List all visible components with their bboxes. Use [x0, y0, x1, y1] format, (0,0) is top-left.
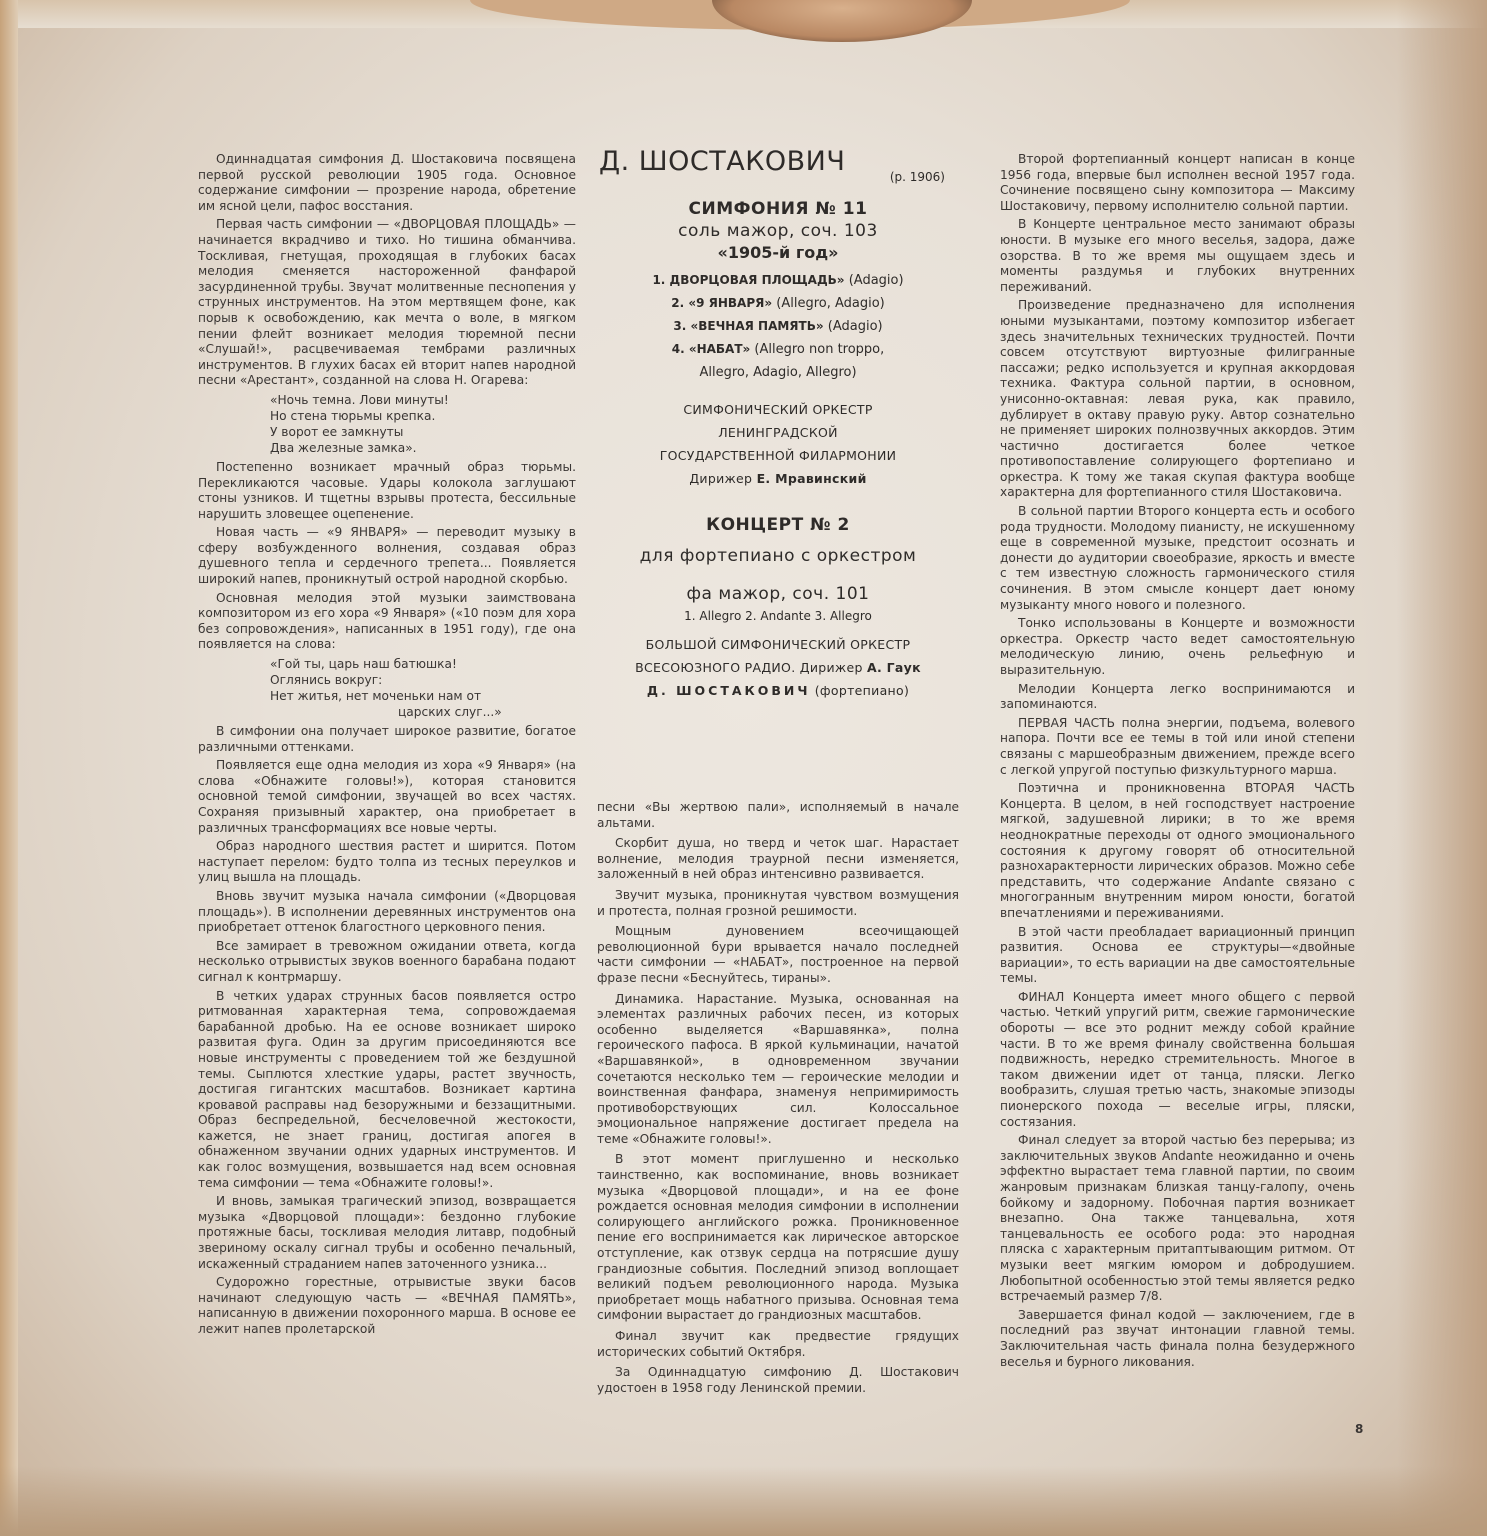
poem-quote: «Ночь темна. Лови минуты! Но стена тюрьм… [270, 392, 576, 456]
poem-line: Два железные замка». [270, 440, 576, 456]
work1-performers: СИМФОНИЧЕСКИЙ ОРКЕСТР ЛЕНИНГРАДСКОЙ ГОСУ… [597, 398, 959, 490]
paragraph: Одиннадцатая симфония Д. Шостаковича пос… [198, 152, 576, 214]
paragraph: Скорбит душа, но тверд и четок шаг. Нара… [597, 836, 959, 883]
work2-movements: 1. Allegro 2. Andante 3. Allegro [597, 609, 959, 625]
soloist-line: Д. ШОСТАКОВИЧ (фортепиано) [597, 679, 959, 702]
column-symphony-notes-cont: песни «Вы жертвою пали», исполняемый в н… [597, 800, 959, 1401]
movement-item: 2. «9 ЯНВАРЯ» (Allegro, Adagio) [597, 292, 959, 315]
work2-performers: БОЛЬШОЙ СИМФОНИЧЕСКИЙ ОРКЕСТР ВСЕСОЮЗНОГ… [597, 633, 959, 702]
poem-line: «Гой ты, царь наш батюшка! [270, 656, 576, 672]
composer-name: Д. ШОСТАКОВИЧ [599, 154, 845, 170]
paragraph: В симфонии она получает широкое развитие… [198, 724, 576, 755]
paragraph: Появляется еще одна мелодия из хора «9 Я… [198, 758, 576, 836]
sleeve-bottom-shadow [0, 1466, 1487, 1536]
paragraph: Постепенно возникает мрачный образ тюрьм… [198, 460, 576, 522]
paragraph: За Одиннадцатую симфонию Д. Шостакович у… [597, 1365, 959, 1396]
work1-title: СИМФОНИЯ № 11 [597, 202, 959, 218]
paragraph: Тонко использованы в Концерте и возможно… [1000, 616, 1355, 678]
paragraph: Поэтична и проникновенна ВТОРАЯ ЧАСТЬ Ко… [1000, 781, 1355, 921]
paragraph: Второй фортепианный концерт написан в ко… [1000, 152, 1355, 214]
paragraph: Основная мелодия этой музыки заимствован… [198, 591, 576, 653]
work2-key-opus: фа мажор, соч. 101 [597, 579, 959, 609]
paragraph: И вновь, замыкая трагический эпизод, воз… [198, 1194, 576, 1272]
orchestra-line: СИМФОНИЧЕСКИЙ ОРКЕСТР [597, 398, 959, 421]
movement-item-cont: Allegro, Adagio, Allegro) [597, 361, 959, 384]
poem-line: Но стена тюрьмы крепка. [270, 408, 576, 424]
work1-key-opus: соль мажор, соч. 103 [597, 224, 959, 240]
paragraph: Вновь звучит музыка начала симфонии («Дв… [198, 889, 576, 936]
page-number: 8 [1355, 1422, 1363, 1436]
work2-subtitle: для фортепиано с оркестром [597, 541, 959, 571]
paragraph: Финал звучит как предвестие грядущих ист… [597, 1329, 959, 1360]
paragraph: Мощным дуновением всеочищающей революцио… [597, 924, 959, 986]
orchestra-line: БОЛЬШОЙ СИМФОНИЧЕСКИЙ ОРКЕСТР [597, 633, 959, 656]
paragraph: Мелодии Концерта легко воспринимаются и … [1000, 682, 1355, 713]
orchestra-line: ГОСУДАРСТВЕННОЙ ФИЛАРМОНИИ [597, 444, 959, 467]
orchestra-conductor-line: ВСЕСОЮЗНОГО РАДИО. Дирижер А. Гаук [597, 656, 959, 679]
conductor-line: Дирижер Е. Мравинский [597, 467, 959, 490]
movement-item: 4. «НАБАТ» (Allegro non troppo, [597, 338, 959, 361]
column-symphony-notes: Одиннадцатая симфония Д. Шостаковича пос… [198, 152, 576, 1341]
paragraph: В сольной партии Второго концерта есть и… [1000, 504, 1355, 613]
poem-line: Оглянись вокруг: [270, 672, 576, 688]
orchestra-line: ЛЕНИНГРАДСКОЙ [597, 421, 959, 444]
paragraph: песни «Вы жертвою пали», исполняемый в н… [597, 800, 959, 831]
sleeve-left-edge [0, 0, 18, 1536]
movement-item: 1. ДВОРЦОВАЯ ПЛОЩАДЬ» (Adagio) [597, 269, 959, 292]
poem-line: У ворот ее замкнуты [270, 424, 576, 440]
album-credits: Д. ШОСТАКОВИЧ (р. 1906) СИМФОНИЯ № 11 со… [597, 150, 959, 702]
work1-name: «1905-й год» [597, 245, 959, 261]
poem-line: царских слуг...» [270, 704, 576, 720]
column-concerto-notes: Второй фортепианный концерт написан в ко… [1000, 152, 1355, 1373]
paragraph: Судорожно горестные, отрывистые звуки ба… [198, 1275, 576, 1337]
paragraph: ПЕРВАЯ ЧАСТЬ полна энергии, подъема, вол… [1000, 716, 1355, 778]
poem-line: Нет житья, нет моченьки нам от [270, 688, 576, 704]
paragraph: В четких ударах струнных басов появляетс… [198, 989, 576, 1192]
paragraph: Все замирает в тревожном ожидании ответа… [198, 939, 576, 986]
movement-item: 3. «ВЕЧНАЯ ПАМЯТЬ» (Adagio) [597, 315, 959, 338]
paragraph: Произведение предназначено для исполнени… [1000, 298, 1355, 501]
paragraph: В этот момент приглушенно и несколько та… [597, 1152, 959, 1324]
paragraph: Первая часть симфонии — «ДВОРЦОВАЯ ПЛОЩА… [198, 217, 576, 389]
poem-quote: «Гой ты, царь наш батюшка! Оглянись вокр… [270, 656, 576, 720]
paragraph: ФИНАЛ Концерта имеет много общего с перв… [1000, 990, 1355, 1130]
poem-line: «Ночь темна. Лови минуты! [270, 392, 576, 408]
work2-title: КОНЦЕРТ № 2 [597, 518, 959, 534]
composer-line: Д. ШОСТАКОВИЧ (р. 1906) [597, 150, 959, 190]
paragraph: Новая часть — «9 ЯНВАРЯ» — переводит муз… [198, 525, 576, 587]
paragraph: В Концерте центральное место занимают об… [1000, 217, 1355, 295]
sleeve-right-shadow [1397, 0, 1487, 1536]
paragraph: В этой части преобладает вариационный пр… [1000, 925, 1355, 987]
work1-movements: 1. ДВОРЦОВАЯ ПЛОЩАДЬ» (Adagio) 2. «9 ЯНВ… [597, 269, 959, 384]
paragraph: Финал следует за второй частью без перер… [1000, 1133, 1355, 1305]
paragraph: Звучит музыка, проникнутая чувством возм… [597, 888, 959, 919]
paragraph: Динамика. Нарастание. Музыка, основанная… [597, 992, 959, 1148]
composer-years: (р. 1906) [890, 170, 945, 186]
paragraph: Завершается финал кодой — заключением, г… [1000, 1308, 1355, 1370]
paragraph: Образ народного шествия растет и ширится… [198, 839, 576, 886]
